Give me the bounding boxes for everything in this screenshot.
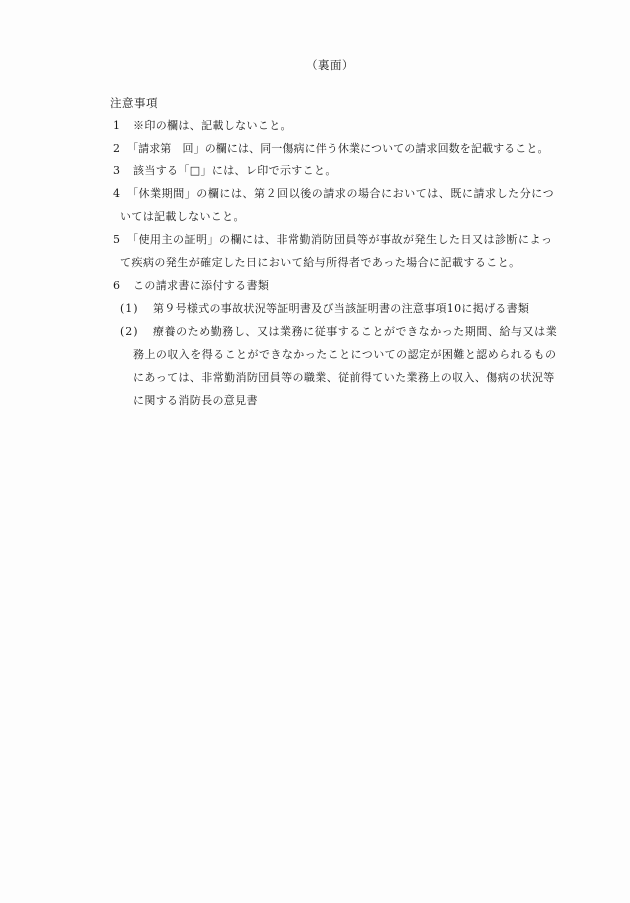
item-number: 2 [113, 141, 120, 157]
item-number: 1 [113, 118, 120, 134]
section-heading: 注意事項 [110, 95, 158, 111]
item-number: 3 [113, 163, 120, 179]
subitem-text: 療養のため勤務し、又は業務に従事することができなかった期間、給与又は業 [153, 324, 557, 340]
item-number: 4 [113, 186, 120, 202]
item-text: 「休業期間」の欄には、第２回以後の請求の場合においては、既に請求した分につ [127, 186, 554, 202]
subitem-text: 第９号様式の事故状況等証明書及び当該証明書の注意事項10に掲げる書類 [153, 301, 529, 317]
subitem-number: (2) [120, 324, 139, 340]
item-text: ※印の欄は、記載しないこと。 [133, 118, 292, 134]
item-number: 5 [113, 232, 120, 248]
item-text: 該当する「□」には、レ印で示すこと。 [133, 163, 337, 179]
document-page: （裏面） 注意事項 1 ※印の欄は、記載しないこと。 2 「請求第 回」の欄には… [0, 0, 630, 903]
item-text: 「請求第 回」の欄には、同一傷病に伴う休業についての請求回数を記載すること。 [127, 141, 549, 157]
item-text: この請求書に添付する書類 [133, 278, 269, 294]
subitem-text-continued: にあっては、非常勤消防団員等の職業、従前得ていた業務上の収入、傷病の状況等 [133, 370, 555, 386]
subitem-text-continued: 務上の収入を得ることができなかったことについての認定が困難と認められるもの [133, 347, 556, 363]
subitem-number: (1) [120, 301, 139, 317]
item-text: 「使用主の証明」の欄には、非常勤消防団員等が事故が発生した日又は診断によっ [127, 232, 553, 248]
item-number: 6 [113, 278, 120, 294]
page-title: （裏面） [0, 57, 630, 73]
item-text-continued: て疾病の発生が確定した日において給与所得者であった場合に記載すること。 [120, 255, 521, 271]
item-text-continued: いては記載しないこと。 [120, 209, 245, 225]
subitem-text-continued: に関する消防長の意見書 [133, 393, 258, 409]
